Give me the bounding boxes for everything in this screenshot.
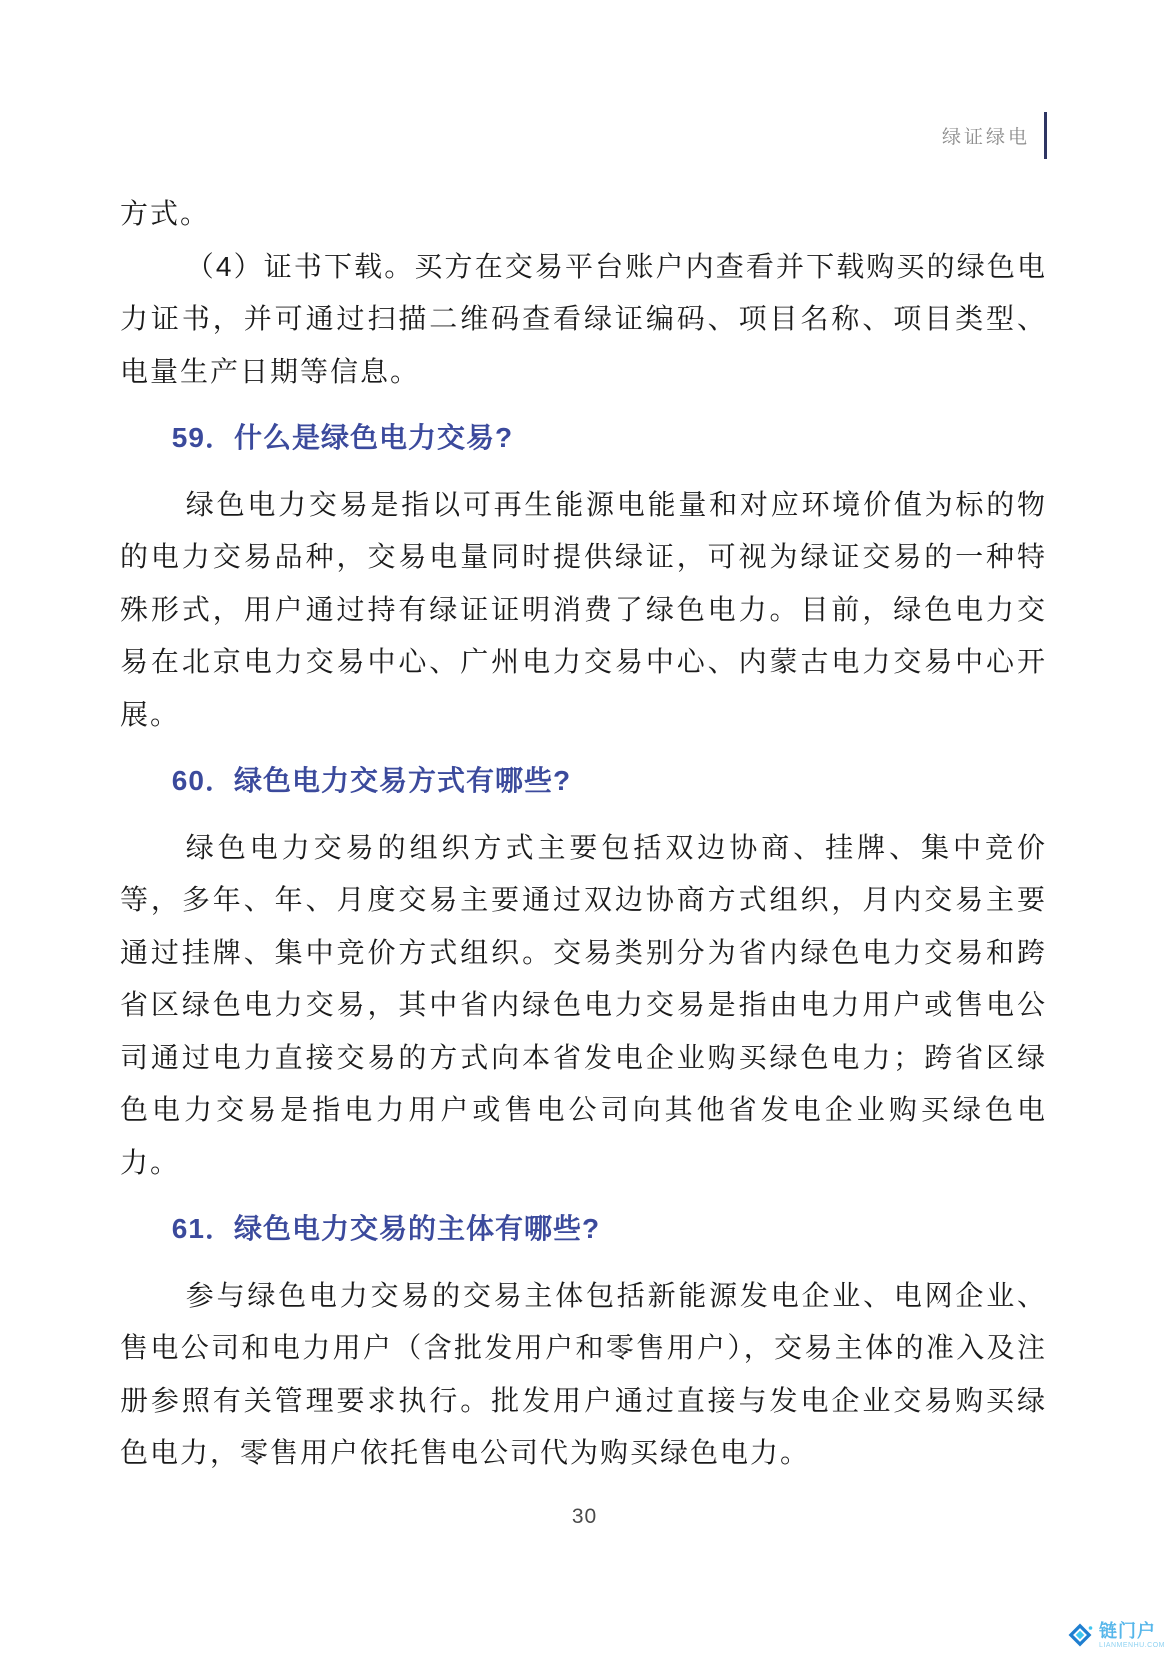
paragraph-certificate-download: （4）证书下载。买方在交易平台账户内查看并下载购买的绿色电力证书，并可通过扫描二… (120, 241, 1047, 399)
section-heading-59: 59．什么是绿色电力交易? (120, 412, 1047, 465)
section-heading-61: 61．绿色电力交易的主体有哪些? (120, 1203, 1047, 1256)
page-footer: 30 (0, 1505, 1169, 1529)
logo-name: 链门户 (1099, 1622, 1165, 1640)
header-divider-bar (1044, 112, 1047, 159)
logo-url: LIANMENHU.COM (1099, 1642, 1165, 1649)
lianmenhu-watermark: 链门户 LIANMENHU.COM (1066, 1621, 1165, 1649)
paragraph-section-60: 绿色电力交易的组织方式主要包括双边协商、挂牌、集中竞价等，多年、年、月度交易主要… (120, 822, 1047, 1190)
paragraph-section-61: 参与绿色电力交易的交易主体包括新能源发电企业、电网企业、售电公司和电力用户（含批… (120, 1270, 1047, 1480)
logo-text: 链门户 LIANMENHU.COM (1099, 1622, 1165, 1649)
header-title: 绿证绿电 (942, 122, 1030, 149)
page-header: 绿证绿电 (0, 112, 1047, 159)
lianmenhu-logo-icon (1066, 1621, 1094, 1649)
section-heading-60: 60．绿色电力交易方式有哪些? (120, 755, 1047, 808)
paragraph-continuation: 方式。 (120, 188, 1047, 241)
page-number: 30 (572, 1505, 597, 1528)
document-content: 方式。 （4）证书下载。买方在交易平台账户内查看并下载购买的绿色电力证书，并可通… (120, 188, 1047, 1480)
paragraph-section-59: 绿色电力交易是指以可再生能源电能量和对应环境价值为标的物的电力交易品种，交易电量… (120, 479, 1047, 742)
document-page: 绿证绿电 方式。 （4）证书下载。买方在交易平台账户内查看并下载购买的绿色电力证… (0, 0, 1169, 1653)
